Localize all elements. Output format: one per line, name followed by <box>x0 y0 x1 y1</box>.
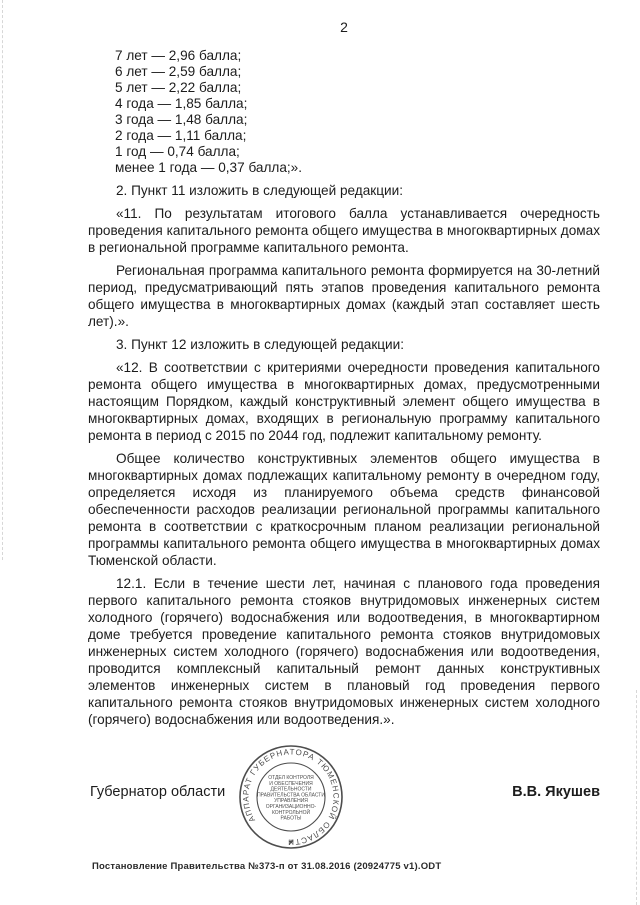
score-line-under-1-year: менее 1 года — 0,37 балла;». <box>115 160 600 176</box>
clause-12-volume-text: Общее количество конструктивных элементо… <box>88 450 600 569</box>
stamp-star-icon: ★ <box>288 838 294 846</box>
stamp-inner-text-line: КОНТРОЛЬНОЙ <box>272 808 311 816</box>
scan-artifact-left <box>2 0 3 560</box>
signatory-title: Губернатор области <box>90 784 225 800</box>
score-line-3-years: 3 года — 1,48 балла; <box>115 112 600 128</box>
score-line-5-years: 5 лет — 2,22 балла; <box>115 80 600 96</box>
document-body: 7 лет — 2,96 балла; 6 лет — 2,59 балла; … <box>88 48 600 734</box>
document-footer-reference: Постановление Правительства №373-п от 31… <box>92 861 592 872</box>
score-line-6-years: 6 лет — 2,59 балла; <box>115 64 600 80</box>
score-line-7-years: 7 лет — 2,96 балла; <box>115 48 600 64</box>
stamp-inner-text-line: РАБОТЫ <box>281 816 303 822</box>
score-line-1-year: 1 год — 0,74 балла; <box>115 144 600 160</box>
clause-12-text: «12. В соответствии с критериями очередн… <box>88 359 600 444</box>
page-number: 2 <box>88 19 600 35</box>
amendment-intro-p12: 3. Пункт 12 изложить в следующей редакци… <box>88 336 600 353</box>
official-stamp: АППАРАТ ГУБЕРНАТОРА ТЮМЕНСКОЙ ОБЛАСТИ ★ … <box>236 742 346 852</box>
score-line-2-years: 2 года — 1,11 балла; <box>115 128 600 144</box>
clause-12-1-text: 12.1. Если в течение шести лет, начиная … <box>88 575 600 728</box>
scan-artifact-right <box>636 690 637 905</box>
score-line-4-years: 4 года — 1,85 балла; <box>115 96 600 112</box>
document-page: 2 7 лет — 2,96 балла; 6 лет — 2,59 балла… <box>0 0 640 905</box>
signatory-name: В.В. Якушев <box>512 784 600 800</box>
score-list: 7 лет — 2,96 балла; 6 лет — 2,59 балла; … <box>88 48 600 176</box>
amendment-intro-p11: 2. Пункт 11 изложить в следующей редакци… <box>88 182 600 199</box>
clause-11-text: «11. По результатам итогового балла уста… <box>88 205 600 256</box>
clause-11-program-text: Региональная программа капитального ремо… <box>88 262 600 330</box>
